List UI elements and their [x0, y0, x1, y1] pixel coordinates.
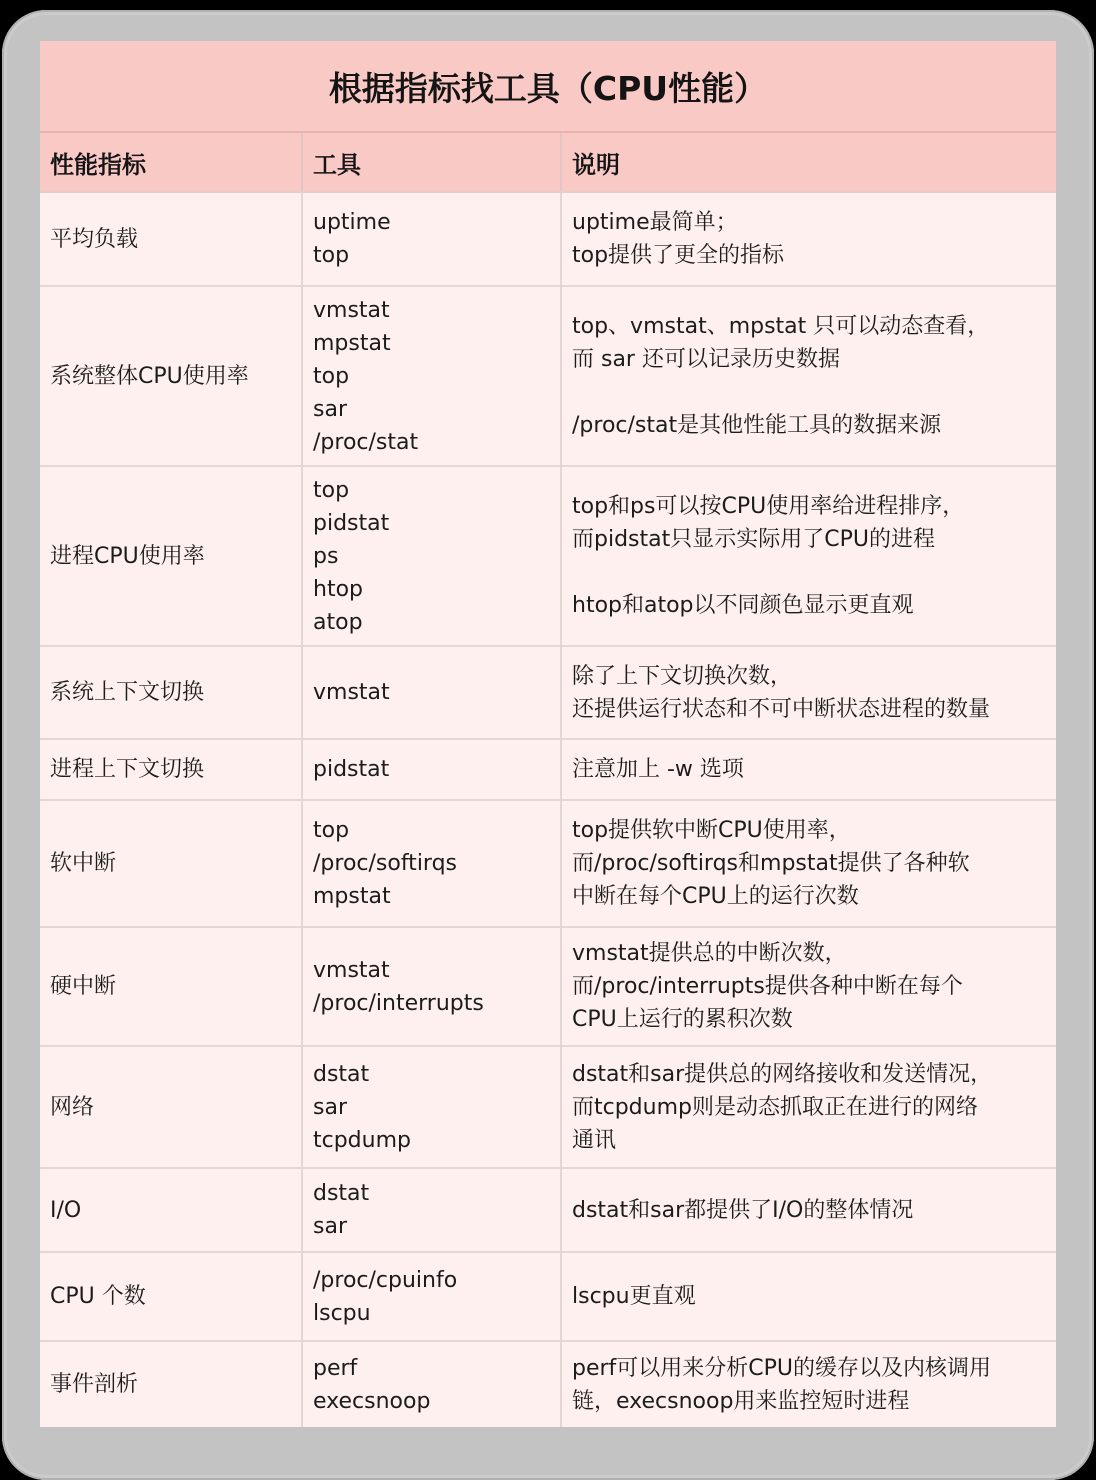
tools-cell: perfexecsnoop	[302, 1341, 561, 1427]
metric-cell: 进程CPU使用率	[40, 466, 302, 646]
tool-name: /proc/stat	[313, 426, 550, 459]
tools-cell: toppidstatpshtopatop	[302, 466, 561, 646]
description-line: CPU上运行的累积次数	[572, 1003, 1046, 1036]
metric-label: 软中断	[50, 847, 291, 880]
tool-name: tcpdump	[313, 1124, 550, 1157]
table-row: 进程上下文切换pidstat注意加上 -w 选项	[40, 739, 1056, 800]
description-line: 而/proc/interrupts提供各种中断在每个	[572, 970, 1046, 1003]
tool-name: mpstat	[313, 327, 550, 360]
tool-name: uptime	[313, 206, 550, 239]
tools-cell: top/proc/softirqsmpstat	[302, 800, 561, 927]
tool-name: top	[313, 360, 550, 393]
description-cell: uptime最简单；top提供了更全的指标	[561, 192, 1056, 286]
tool-name: lscpu	[313, 1297, 550, 1330]
description-line: 而pidstat只显示实际用了CPU的进程	[572, 523, 1046, 556]
table-row: CPU 个数/proc/cpuinfolscpulscpu更直观	[40, 1252, 1056, 1341]
description-cell: top、vmstat、mpstat 只可以动态查看，而 sar 还可以记录历史数…	[561, 286, 1056, 466]
tool-name: ps	[313, 540, 550, 573]
metric-label: 进程CPU使用率	[50, 540, 291, 573]
description-cell: top提供软中断CPU使用率，而/proc/softirqs和mpstat提供了…	[561, 800, 1056, 927]
description-line: 中断在每个CPU上的运行次数	[572, 880, 1046, 913]
description-line: /proc/stat是其他性能工具的数据来源	[572, 409, 1046, 442]
tool-name: execsnoop	[313, 1385, 550, 1418]
metric-label: 硬中断	[50, 970, 291, 1003]
description-line: 而tcpdump则是动态抓取正在进行的网络	[572, 1091, 1046, 1124]
tools-cell: dstatsar	[302, 1168, 561, 1252]
description-line: uptime最简单；	[572, 206, 1046, 239]
description-line: top提供了更全的指标	[572, 239, 1046, 272]
metric-label: I/O	[50, 1194, 291, 1227]
tool-name: /proc/cpuinfo	[313, 1264, 550, 1297]
description-line: vmstat提供总的中断次数，	[572, 937, 1046, 970]
metric-cell: 进程上下文切换	[40, 739, 302, 800]
tool-name: htop	[313, 573, 550, 606]
title-bar: 根据指标找工具（CPU性能）	[40, 41, 1056, 133]
metric-cell: 事件剖析	[40, 1341, 302, 1427]
table-row: 软中断top/proc/softirqsmpstattop提供软中断CPU使用率…	[40, 800, 1056, 927]
description-line: 除了上下文切换次数，	[572, 660, 1046, 693]
page-title: 根据指标找工具（CPU性能）	[329, 63, 767, 110]
metric-cell: 软中断	[40, 800, 302, 927]
metric-label: 系统上下文切换	[50, 676, 291, 709]
column-header-metric: 性能指标	[40, 133, 302, 192]
table-row: 平均负载uptimetopuptime最简单；top提供了更全的指标	[40, 192, 1056, 286]
table-row: 事件剖析perfexecsnoopperf可以用来分析CPU的缓存以及内核调用链…	[40, 1341, 1056, 1427]
table-row: 网络dstatsartcpdumpdstat和sar提供总的网络接收和发送情况，…	[40, 1046, 1056, 1168]
tool-name: vmstat	[313, 954, 550, 987]
blank-line	[572, 556, 1046, 589]
description-line: lscpu更直观	[572, 1280, 1046, 1313]
tool-name: /proc/interrupts	[313, 987, 550, 1020]
tools-cell: uptimetop	[302, 192, 561, 286]
metric-cell: 系统整体CPU使用率	[40, 286, 302, 466]
tool-name: dstat	[313, 1058, 550, 1091]
table-body: 平均负载uptimetopuptime最简单；top提供了更全的指标系统整体CP…	[40, 192, 1056, 1427]
metric-label: 进程上下文切换	[50, 753, 291, 786]
metric-label: 系统整体CPU使用率	[50, 360, 291, 393]
metric-cell: I/O	[40, 1168, 302, 1252]
tool-name: perf	[313, 1352, 550, 1385]
description-cell: perf可以用来分析CPU的缓存以及内核调用链，execsnoop用来监控短时进…	[561, 1341, 1056, 1427]
table-row: 系统整体CPU使用率vmstatmpstattopsar/proc/statto…	[40, 286, 1056, 466]
metric-cell: 系统上下文切换	[40, 646, 302, 739]
tool-name: vmstat	[313, 294, 550, 327]
tool-name: mpstat	[313, 880, 550, 913]
column-header-description: 说明	[561, 133, 1056, 192]
description-line: dstat和sar提供总的网络接收和发送情况，	[572, 1058, 1046, 1091]
tool-name: sar	[313, 1091, 550, 1124]
table-row: I/Odstatsardstat和sar都提供了I/O的整体情况	[40, 1168, 1056, 1252]
metric-label: CPU 个数	[50, 1280, 291, 1313]
description-line: 链，execsnoop用来监控短时进程	[572, 1385, 1046, 1418]
metric-cell: 网络	[40, 1046, 302, 1168]
description-line: 通讯	[572, 1124, 1046, 1157]
metric-cell: 平均负载	[40, 192, 302, 286]
table-row: 系统上下文切换vmstat除了上下文切换次数，还提供运行状态和不可中断状态进程的…	[40, 646, 1056, 739]
tool-name: /proc/softirqs	[313, 847, 550, 880]
tool-name: pidstat	[313, 507, 550, 540]
metrics-tools-table: 性能指标 工具 说明 平均负载uptimetopuptime最简单；top提供了…	[40, 133, 1056, 1427]
tool-name: atop	[313, 606, 550, 639]
metric-cell: 硬中断	[40, 927, 302, 1046]
tool-name: pidstat	[313, 753, 550, 786]
tools-cell: dstatsartcpdump	[302, 1046, 561, 1168]
description-cell: dstat和sar提供总的网络接收和发送情况，而tcpdump则是动态抓取正在进…	[561, 1046, 1056, 1168]
description-cell: vmstat提供总的中断次数，而/proc/interrupts提供各种中断在每…	[561, 927, 1056, 1046]
description-cell: 除了上下文切换次数，还提供运行状态和不可中断状态进程的数量	[561, 646, 1056, 739]
description-line: 还提供运行状态和不可中断状态进程的数量	[572, 693, 1046, 726]
description-cell: top和ps可以按CPU使用率给进程排序，而pidstat只显示实际用了CPU的…	[561, 466, 1056, 646]
cpu-tools-table-card: 根据指标找工具（CPU性能） 性能指标 工具 说明 平均负载uptimetopu…	[40, 41, 1056, 1427]
description-line: 而 sar 还可以记录历史数据	[572, 343, 1046, 376]
tools-cell: vmstat	[302, 646, 561, 739]
tools-cell: vmstat/proc/interrupts	[302, 927, 561, 1046]
table-row: 硬中断vmstat/proc/interruptsvmstat提供总的中断次数，…	[40, 927, 1056, 1046]
description-line: 注意加上 -w 选项	[572, 753, 1046, 786]
metric-label: 事件剖析	[50, 1368, 291, 1401]
metric-label: 网络	[50, 1091, 291, 1124]
metric-label: 平均负载	[50, 223, 291, 256]
description-line: top和ps可以按CPU使用率给进程排序，	[572, 490, 1046, 523]
table-header-row: 性能指标 工具 说明	[40, 133, 1056, 192]
metric-cell: CPU 个数	[40, 1252, 302, 1341]
tool-name: vmstat	[313, 676, 550, 709]
description-line: perf可以用来分析CPU的缓存以及内核调用	[572, 1352, 1046, 1385]
blank-line	[572, 376, 1046, 409]
table-row: 进程CPU使用率toppidstatpshtopatoptop和ps可以按CPU…	[40, 466, 1056, 646]
tool-name: sar	[313, 1210, 550, 1243]
tool-name: sar	[313, 393, 550, 426]
tools-cell: pidstat	[302, 739, 561, 800]
description-line: top、vmstat、mpstat 只可以动态查看，	[572, 310, 1046, 343]
tool-name: dstat	[313, 1177, 550, 1210]
column-header-tools: 工具	[302, 133, 561, 192]
description-cell: 注意加上 -w 选项	[561, 739, 1056, 800]
tools-cell: vmstatmpstattopsar/proc/stat	[302, 286, 561, 466]
tool-name: top	[313, 814, 550, 847]
description-line: top提供软中断CPU使用率，	[572, 814, 1046, 847]
description-cell: dstat和sar都提供了I/O的整体情况	[561, 1168, 1056, 1252]
description-cell: lscpu更直观	[561, 1252, 1056, 1341]
tools-cell: /proc/cpuinfolscpu	[302, 1252, 561, 1341]
description-line: 而/proc/softirqs和mpstat提供了各种软	[572, 847, 1046, 880]
description-line: dstat和sar都提供了I/O的整体情况	[572, 1194, 1046, 1227]
tool-name: top	[313, 239, 550, 272]
tool-name: top	[313, 474, 550, 507]
description-line: htop和atop以不同颜色显示更直观	[572, 589, 1046, 622]
